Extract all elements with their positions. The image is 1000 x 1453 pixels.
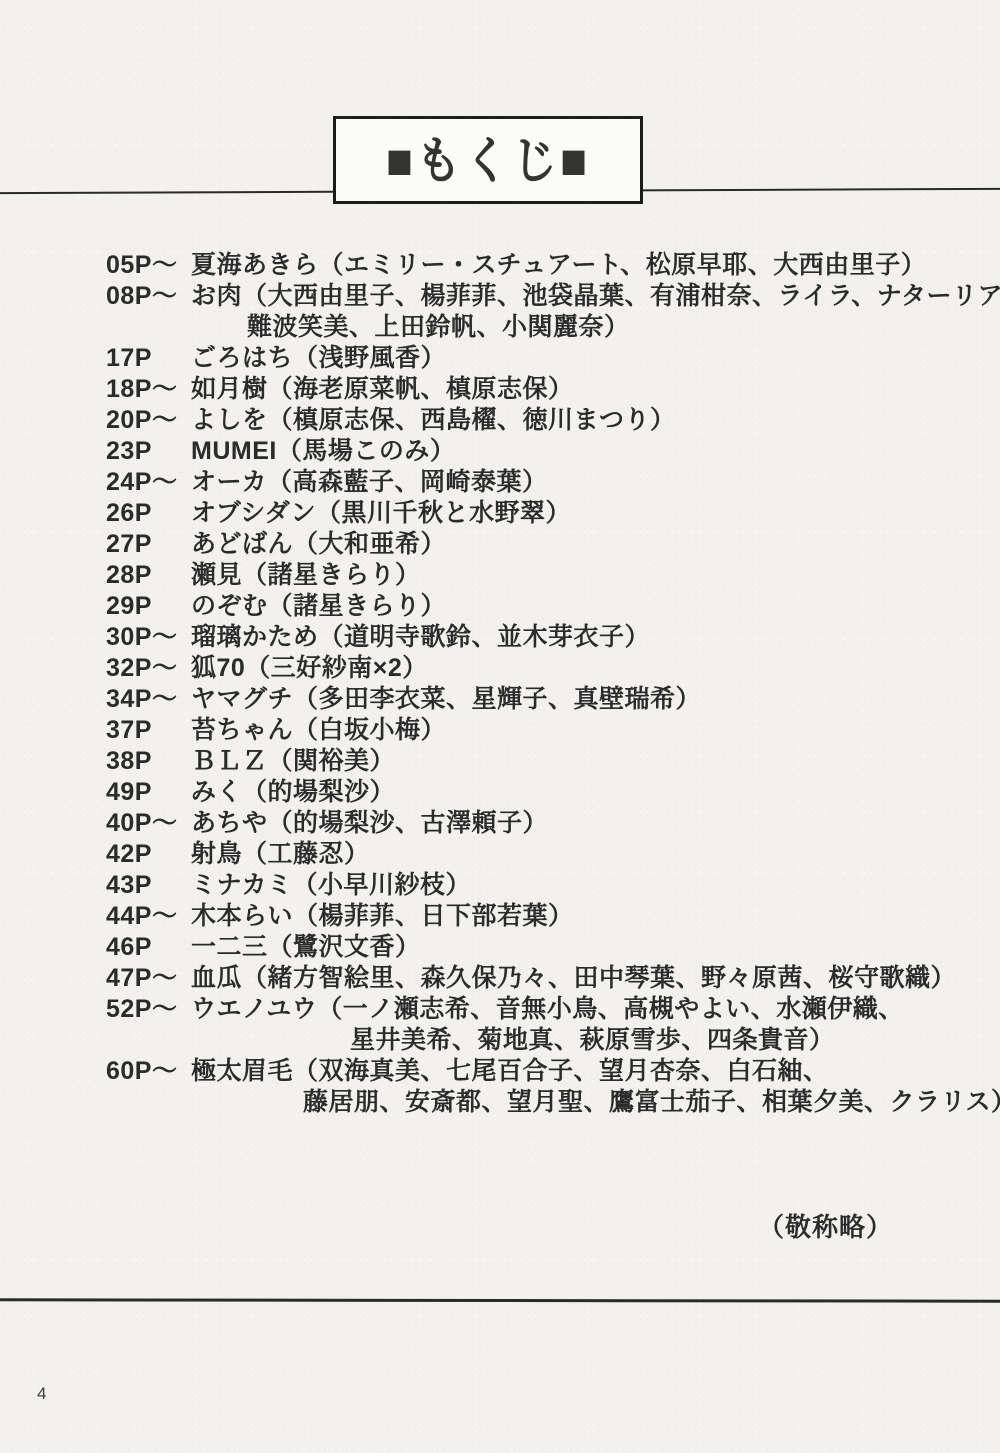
toc-page-label: 52P～ xyxy=(106,994,191,1025)
toc-page-label: 42P xyxy=(106,839,191,870)
toc-page-label: 05P～ xyxy=(106,250,191,281)
toc-page-label: 08P～ xyxy=(106,281,191,312)
toc-line: 24P～オーカ（高森藍子、岡崎泰葉） xyxy=(106,467,966,498)
toc-entry-title: お肉（大西由里子、楊菲菲、池袋晶葉、有浦柑奈、ライラ、ナターリア、 xyxy=(191,281,1000,312)
toc-line: 28P瀬見（諸星きらり） xyxy=(106,560,966,591)
toc-line: 40P～あちや（的場梨沙、古澤頼子） xyxy=(106,808,966,839)
toc-entry-title: 星井美希、菊地真、萩原雪歩、四条貴音） xyxy=(350,1025,835,1056)
toc-entry-title: MUMEI（馬場このみ） xyxy=(191,436,455,467)
toc-page: ■もくじ■ 05P～夏海あきら（エミリー・スチュアート、松原早耶、大西由里子）0… xyxy=(0,0,1000,1453)
toc-entry-title: 瀬見（諸星きらり） xyxy=(191,560,421,591)
toc-entry-title: 一二三（鷺沢文香） xyxy=(191,932,421,963)
toc-line: 藤居朋、安斎都、望月聖、鷹富士茄子、相葉夕美、クラリス） xyxy=(106,1087,966,1118)
toc-entry-title: よしを（槙原志保、西島櫂、徳川まつり） xyxy=(191,405,676,436)
toc-line: 18P～如月樹（海老原菜帆、槙原志保） xyxy=(106,374,966,405)
toc-line: 42P射鳥（工藤忍） xyxy=(106,839,966,870)
toc-entry-title: 狐70（三好紗南×2） xyxy=(191,653,428,684)
toc-entry-title: みく（的場梨沙） xyxy=(191,777,395,808)
toc-line: 27Pあどばん（大和亜希） xyxy=(106,529,966,560)
toc-page-label: 46P xyxy=(106,932,191,963)
toc-page-label: 23P xyxy=(106,436,191,467)
toc-page-label: 18P～ xyxy=(106,374,191,405)
toc-line: 43Pミナカミ（小早川紗枝） xyxy=(106,870,966,901)
toc-line: 29Pのぞむ（諸星きらり） xyxy=(106,591,966,622)
toc-entry-title: 藤居朋、安斎都、望月聖、鷹富士茄子、相葉夕美、クラリス） xyxy=(303,1087,1000,1118)
toc-line: 20P～よしを（槙原志保、西島櫂、徳川まつり） xyxy=(106,405,966,436)
toc-page-label: 38P xyxy=(106,746,191,777)
toc-page-label: 32P～ xyxy=(106,653,191,684)
toc-page-label xyxy=(106,1025,191,1056)
toc-entry-title: オーカ（高森藍子、岡崎泰葉） xyxy=(191,467,548,498)
toc-entry-title: 難波笑美、上田鈴帆、小関麗奈） xyxy=(247,312,630,343)
toc-entry-title: ウエノユウ（一ノ瀬志希、音無小鳥、高槻やよい、水瀬伊織、 xyxy=(191,994,904,1025)
toc-line: 32P～狐70（三好紗南×2） xyxy=(106,653,966,684)
toc-entry-title: 瑠璃かため（道明寺歌鈴、並木芽衣子） xyxy=(191,622,650,653)
toc-page-label: 28P xyxy=(106,560,191,591)
toc-page-label: 49P xyxy=(106,777,191,808)
toc-line: 30P～瑠璃かため（道明寺歌鈴、並木芽衣子） xyxy=(106,622,966,653)
toc-page-label: 60P～ xyxy=(106,1056,191,1087)
toc-page-label: 26P xyxy=(106,498,191,529)
toc-entry-title: オブシダン（黒川千秋と水野翠） xyxy=(191,498,571,529)
toc-title-box: ■もくじ■ xyxy=(333,116,643,204)
bottom-divider-rule xyxy=(0,1298,1000,1302)
toc-entry-title: ミナカミ（小早川紗枝） xyxy=(191,870,471,901)
honorifics-note: （敬称略） xyxy=(758,1207,893,1244)
toc-page-label: 40P～ xyxy=(106,808,191,839)
page-number: 4 xyxy=(37,1384,46,1404)
toc-entry-title: 苔ちゃん（白坂小梅） xyxy=(191,715,446,746)
toc-page-label: 43P xyxy=(106,870,191,901)
toc-line: 26Pオブシダン（黒川千秋と水野翠） xyxy=(106,498,966,529)
toc-entry-title: 極太眉毛（双海真美、七尾百合子、望月杏奈、白石紬、 xyxy=(191,1056,829,1087)
toc-line: 17Pごろはち（浅野風香） xyxy=(106,343,966,374)
toc-page-label: 27P xyxy=(106,529,191,560)
toc-line: 08P～お肉（大西由里子、楊菲菲、池袋晶葉、有浦柑奈、ライラ、ナターリア、 xyxy=(106,281,966,312)
toc-page-label: 20P～ xyxy=(106,405,191,436)
toc-line: 38PＢＬＺ（関裕美） xyxy=(106,746,966,777)
toc-entry-title: 血瓜（緒方智絵里、森久保乃々、田中琴葉、野々原茜、桜守歌織） xyxy=(191,963,956,994)
toc-page-label: 47P～ xyxy=(106,963,191,994)
toc-page-label: 17P xyxy=(106,343,191,374)
toc-line: 47P～血瓜（緒方智絵里、森久保乃々、田中琴葉、野々原茜、桜守歌織） xyxy=(106,963,966,994)
toc-line: 難波笑美、上田鈴帆、小関麗奈） xyxy=(106,312,966,343)
toc-line: 49Pみく（的場梨沙） xyxy=(106,777,966,808)
toc-line: 37P苔ちゃん（白坂小梅） xyxy=(106,715,966,746)
toc-line: 44P～木本らい（楊菲菲、日下部若葉） xyxy=(106,901,966,932)
toc-page-label: 44P～ xyxy=(106,901,191,932)
toc-page-label: 37P xyxy=(106,715,191,746)
toc-line: 05P～夏海あきら（エミリー・スチュアート、松原早耶、大西由里子） xyxy=(106,250,966,281)
toc-entry-title: ＢＬＺ（関裕美） xyxy=(191,746,395,777)
toc-page-label: 29P xyxy=(106,591,191,622)
toc-line: 52P～ウエノユウ（一ノ瀬志希、音無小鳥、高槻やよい、水瀬伊織、 xyxy=(106,994,966,1025)
toc-page-label: 30P～ xyxy=(106,622,191,653)
toc-entry-title: ごろはち（浅野風香） xyxy=(191,343,446,374)
toc-entry-title: 如月樹（海老原菜帆、槙原志保） xyxy=(191,374,574,405)
toc-page-label xyxy=(106,1087,191,1118)
toc-line: 60P～極太眉毛（双海真美、七尾百合子、望月杏奈、白石紬、 xyxy=(106,1056,966,1087)
toc-page-label xyxy=(106,312,191,343)
toc-line: 46P一二三（鷺沢文香） xyxy=(106,932,966,963)
toc-page-label: 34P～ xyxy=(106,684,191,715)
toc-entry-title: 木本らい（楊菲菲、日下部若葉） xyxy=(191,901,574,932)
toc-entry-title: 夏海あきら（エミリー・スチュアート、松原早耶、大西由里子） xyxy=(191,250,926,281)
toc-line: 34P～ヤマグチ（多田李衣菜、星輝子、真壁瑞希） xyxy=(106,684,966,715)
toc-page-label: 24P～ xyxy=(106,467,191,498)
toc-entry-title: 射鳥（工藤忍） xyxy=(191,839,370,870)
toc-entry-title: あちや（的場梨沙、古澤頼子） xyxy=(191,808,548,839)
toc-entry-title: のぞむ（諸星きらり） xyxy=(191,591,446,622)
toc-list: 05P～夏海あきら（エミリー・スチュアート、松原早耶、大西由里子）08P～お肉（… xyxy=(106,250,966,1118)
toc-entry-title: あどばん（大和亜希） xyxy=(191,529,446,560)
page-title: ■もくじ■ xyxy=(386,135,590,185)
toc-line: 星井美希、菊地真、萩原雪歩、四条貴音） xyxy=(106,1025,966,1056)
toc-line: 23PMUMEI（馬場このみ） xyxy=(106,436,966,467)
toc-entry-title: ヤマグチ（多田李衣菜、星輝子、真壁瑞希） xyxy=(191,684,701,715)
